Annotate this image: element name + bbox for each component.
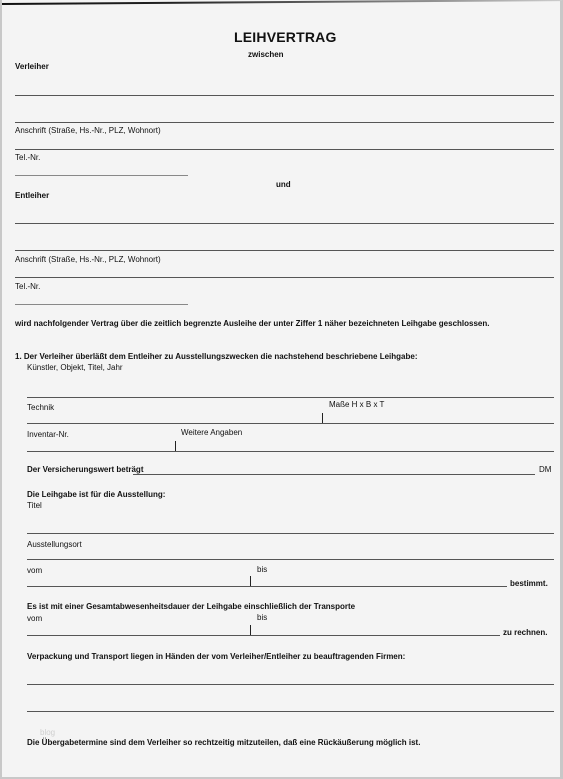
absence-from-label: vom bbox=[27, 614, 42, 623]
lender-address-label: Anschrift (Straße, Hs.-Nr., PLZ, Wohnort… bbox=[15, 126, 161, 135]
intro-paragraph: wird nachfolgender Vertrag über die zeit… bbox=[15, 318, 555, 329]
field-divider-tick bbox=[322, 413, 323, 423]
further-info-label: Weitere Angaben bbox=[181, 428, 242, 437]
artist-object-field[interactable] bbox=[27, 397, 554, 398]
currency-label: DM bbox=[539, 465, 551, 474]
insurance-label: Der Versicherungswert beträgt bbox=[27, 465, 143, 474]
watermark: blog bbox=[40, 728, 55, 737]
absence-to-label: bis bbox=[257, 613, 267, 622]
exhibition-heading: Die Leihgabe ist für die Ausstellung: bbox=[27, 490, 165, 499]
field-divider-tick bbox=[250, 625, 251, 635]
transport-heading: Verpackung und Transport liegen in Hände… bbox=[27, 652, 405, 661]
lender-address-field[interactable] bbox=[15, 149, 554, 150]
lender-phone-label: Tel.-Nr. bbox=[15, 153, 40, 162]
insurance-value-field[interactable] bbox=[133, 474, 535, 475]
absence-heading: Es ist mit einer Gesamtabwesenheitsdauer… bbox=[27, 602, 355, 611]
inventory-further-field[interactable] bbox=[27, 451, 554, 452]
exhibition-location-label: Ausstellungsort bbox=[27, 540, 82, 549]
lender-name-field[interactable] bbox=[15, 95, 554, 96]
transport-field-2[interactable] bbox=[27, 711, 554, 712]
technique-label: Technik bbox=[27, 403, 54, 412]
absence-dates-field[interactable] bbox=[27, 635, 500, 636]
contract-page: LEIHVERTRAG zwischen Verleiher Anschrift… bbox=[0, 0, 563, 779]
exhibition-title-field[interactable] bbox=[27, 533, 554, 534]
dimensions-label: Maße H x B x T bbox=[329, 400, 384, 409]
technique-dimensions-field[interactable] bbox=[27, 423, 554, 424]
borrower-heading: Entleiher bbox=[15, 191, 49, 200]
exhibition-suffix: bestimmt. bbox=[510, 579, 548, 588]
document-subtitle: zwischen bbox=[248, 50, 284, 59]
borrower-address-label: Anschrift (Straße, Hs.-Nr., PLZ, Wohnort… bbox=[15, 255, 161, 264]
borrower-name-field-2[interactable] bbox=[15, 250, 554, 251]
footer-note: Die Übergabetermine sind dem Verleiher s… bbox=[27, 738, 420, 747]
borrower-name-field[interactable] bbox=[15, 223, 554, 224]
lender-heading: Verleiher bbox=[15, 62, 49, 71]
exhibition-title-label: Titel bbox=[27, 501, 42, 510]
exhibition-location-field[interactable] bbox=[27, 559, 554, 560]
borrower-phone-label: Tel.-Nr. bbox=[15, 282, 40, 291]
field-divider-tick bbox=[175, 441, 176, 451]
section1-heading: 1. Der Verleiher überläßt dem Entleiher … bbox=[15, 352, 418, 361]
document-title: LEIHVERTRAG bbox=[234, 29, 337, 45]
field-divider-tick bbox=[250, 576, 251, 586]
absence-suffix: zu rechnen. bbox=[503, 628, 547, 637]
connector-und: und bbox=[276, 180, 291, 189]
transport-field-1[interactable] bbox=[27, 684, 554, 685]
exhibition-from-label: vom bbox=[27, 566, 42, 575]
exhibition-dates-field[interactable] bbox=[27, 586, 507, 587]
scan-edge-line bbox=[2, 0, 562, 5]
borrower-phone-field[interactable] bbox=[15, 304, 188, 305]
lender-name-field-2[interactable] bbox=[15, 122, 554, 123]
lender-phone-field[interactable] bbox=[15, 175, 188, 176]
inventory-label: Inventar-Nr. bbox=[27, 430, 69, 439]
borrower-address-field[interactable] bbox=[15, 277, 554, 278]
artist-object-label: Künstler, Objekt, Titel, Jahr bbox=[27, 363, 123, 372]
exhibition-to-label: bis bbox=[257, 565, 267, 574]
